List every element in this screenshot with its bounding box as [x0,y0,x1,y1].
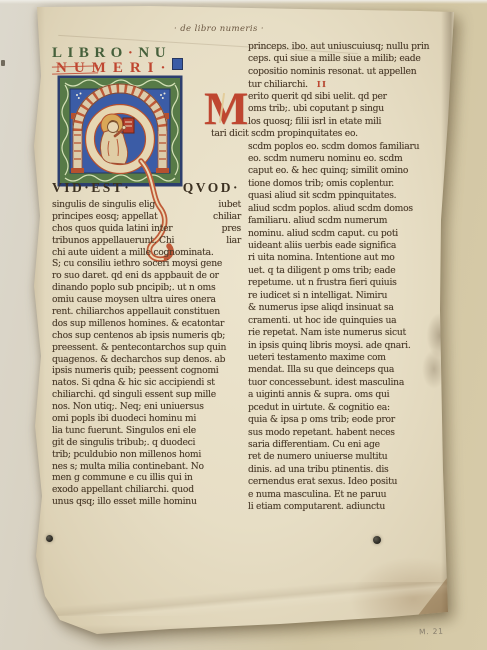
text-line-part: chos quos quida latini inter [52,223,172,235]
text-line-text: sus modo repetant. habent neces [248,427,395,438]
text-line: omiu cause moysen ultra uires onera [52,294,241,306]
text-line: trib; pculdubio non millenos homi [52,449,241,461]
text-line: eo. scdm numeru nominu eo. scdm [248,153,462,165]
text-line-text: in ipsis quinq libris moysi. ade qnari. [248,340,410,351]
text-line-text: tuor concessebunt. idest masculina [248,377,404,388]
text-line: quia & ipsa p oms trib; eode pror [248,414,462,426]
text-line: sus modo repetant. habent neces [248,427,462,439]
text-line-text: e numa masculina. Et ne paruu [248,489,386,500]
text-line: & numerus ipse aliqd insinuat sa [248,302,462,314]
text-line: ri uita nomina. Intentione aut mo [248,252,462,264]
text-line: scdm poplos eo. scdm domos familiaru [248,141,462,153]
text-line: aliud scdm poplos. aliud scdm domos [248,203,462,215]
display-caps-right: QVOD· [183,180,240,196]
text-line: dinis. ad una tribu ptinentis. dis [248,464,462,476]
text-line: e numa masculina. Et ne paruu [248,489,462,501]
right-column: M princeps. ibo. aut uniuscuiusq; nullu … [248,41,462,514]
text-line-text: quia & ipsa p oms trib; eode pror [248,414,395,425]
text-line-text: tione domos trib; omis coplentur. [248,178,394,189]
photo-stage: · de libro numeris · LIBRO·NU NUMERI· [0,0,487,650]
text-line-text: & numerus ipse aliqd insinuat sa [248,302,394,313]
text-line-text: familiaru. aliud scdm numerum [248,215,387,226]
text-line: quasi aliud sit scdm ppinquitates. [248,190,462,202]
manuscript-leaf: · de libro numeris · LIBRO·NU NUMERI· [28,4,456,644]
leaf-shadow: · de libro numeris · LIBRO·NU NUMERI· [0,0,487,650]
text-line: los quosq; filii isrl in etate mili [248,116,462,128]
paragraph-mark: II [317,79,327,89]
text-line: S; cu consiliu iethro soceri moysi gene [52,258,241,270]
text-line: princeps. ibo. aut uniuscuiusq; nullu pr… [248,41,462,53]
text-line-text: ret de numero uniuerse multitu [248,451,387,462]
text-line: dos sup millenos homines. & ecatontar [52,318,241,330]
text-line-text: uideant aliis uerbis eade significa [248,240,396,251]
text-line-text: aliud scdm poplos. aliud scdm domos [248,203,413,214]
text-line: ipsis numeris quib; peessent cognomi [52,365,241,377]
text-line-text: caput eo. & hec quinq; similit omino [248,165,408,176]
text-line-text: scdm poplos eo. scdm domos familiaru [248,141,419,152]
text-line-text: ceps. qui siue a mille siue a milib; ead… [248,53,421,64]
text-line-text: uet. q ta diligent p oms trib; eade [248,265,395,276]
drop-cap-m: M [204,87,248,131]
text-line-text: cernendus erat sexus. Ideo positu [248,476,397,487]
text-line: mendat. Illa su que deinceps qua [248,364,462,376]
heading-segment: LIBRO [52,45,128,61]
text-line: saria differentiam. Cu eni age [248,439,462,451]
text-line: omi popls ibi duodeci hominu mi [52,413,241,425]
text-line: ceps. qui siue a mille siue a milib; ead… [248,53,462,65]
text-line-split: chos quos quida latini interpres [52,223,241,235]
text-line: rent. chiliarchos appellauit constituen [52,306,241,318]
text-line-text: copositio nominis resonat. ut appellen [248,66,416,77]
text-line: chos sup centenos ab ipsis numeris qb; [52,330,241,342]
frame-corner-ornament [172,58,183,70]
text-line: nominu. aliud scdm caput. cu poti [248,228,462,240]
worm-hole-right [373,536,381,544]
text-line: exodo appellant chiliarchi. quod [52,484,241,496]
text-line-text: ri uita nomina. Intentione aut mo [248,252,395,263]
text-line-text: oms trib;. ubi coputant p singu [248,103,384,114]
text-line-text: pcedut in uirtute. & cognitio ea: [248,402,390,413]
text-line: ueteri testamento maxime com [248,352,462,364]
text-line: li etiam computarent. adiunctu [248,501,462,513]
heading-segment: NU [138,45,171,61]
text-line: tione domos trib; omis coplentur. [248,178,462,190]
text-line: in ipsis quinq libris moysi. ade qnari. [248,340,462,352]
text-line-part: iubet [218,199,241,211]
text-line: tuor concessebunt. idest masculina [248,377,462,389]
text-line: re iudicet si n intelligat. Nimiru [248,290,462,302]
text-line-text: mendat. Illa su que deinceps qua [248,364,394,375]
text-line-part: liar [226,235,241,247]
text-line: ro suo daret. qd eni ds appbauit de or [52,270,241,282]
text-line: tari dicit scdm propinquitates eo. [211,128,462,140]
text-line: preessent. & pentecontarchos sup quin [52,342,241,354]
text-line: ret de numero uniuerse multitu [248,451,462,463]
text-line: uet. q ta diligent p oms trib; eade [248,265,462,277]
numeri-strike-ornament [52,65,98,74]
text-line: copositio nominis resonat. ut appellen [248,66,462,78]
text-line-split: singulis de singulis eligiubet [52,199,241,211]
text-line: nos. Non utiq;. Neq; eni uniuersus [52,401,241,413]
running-header: · de libro numeris · [174,24,264,34]
worm-hole-left [46,535,53,542]
text-line-text: li etiam computarent. adiunctu [248,501,385,512]
text-line: unus qsq; illo esset mille hominu [52,496,241,508]
text-line-text: eo. scdm numeru nominu eo. scdm [248,153,402,164]
text-line: nes s; multa milia continebant. No [52,461,241,473]
text-line-part: pres [222,223,241,235]
text-line-text: repetume. ut n frustra fieri quiuis [248,277,397,288]
display-caps-left: VID·EST· [52,180,131,196]
text-line-text: nominu. aliud scdm caput. cu poti [248,228,398,239]
text-line: uideant aliis uerbis eade significa [248,240,462,252]
text-line-split: tribunos appellauerunt. Chiliar [52,235,241,247]
text-line-text: re iudicet si n intelligat. Nimiru [248,290,387,301]
text-line-text: ueteri testamento maxime com [248,352,386,363]
text-line-part: tribunos appellauerunt. Chi [52,235,174,247]
text-line-part: singulis de singulis elig [52,199,155,211]
text-line: dinando poplo sub pncipib;. ut n oms [52,282,241,294]
text-line-text: los quosq; filii isrl in etate mili [248,116,381,127]
text-line: natos. Si qdna & hic sic accipiendi st [52,377,241,389]
text-line: git de singulis tribub;. q duodeci [52,437,241,449]
text-line-text: quasi aliud sit scdm ppinquitates. [248,190,396,201]
text-line-text: dinis. ad una tribu ptinentis. dis [248,464,389,475]
text-line: erito querit qd sibi uelit. qd per [248,91,462,103]
text-line: quagenos. & decharchos sup denos. ab [52,354,241,366]
text-line-text: tur chiliarchi. [248,79,308,90]
text-line: pcedut in uirtute. & cognitio ea: [248,402,462,414]
text-line-part: chiliar [213,211,241,223]
text-line: tur chiliarchi.II [248,78,462,90]
shelfmark-pencil-note: M. 21 [419,627,444,637]
text-line: chiliarchi. qd singuli essent sup mille [52,389,241,401]
text-line: cramenti. ut hoc ide quinquies ua [248,315,462,327]
text-line: rie repetat. Nam iste numerus sicut [248,327,462,339]
text-line: caput eo. & hec quinq; similit omino [248,165,462,177]
text-line-text: cramenti. ut hoc ide quinquies ua [248,315,396,326]
text-line: cernendus erat sexus. Ideo positu [248,476,462,488]
text-line: repetume. ut n frustra fieri quiuis [248,277,462,289]
text-line-text: erito querit qd sibi uelit. qd per [248,91,387,102]
display-caps-row: VID·EST· QVOD· [52,180,240,196]
left-column: singulis de singulis eligiubetprincipes … [52,199,241,508]
text-line-text: a uiginti annis & supra. oms qui [248,389,389,400]
text-line: chi aute uident a mille cognominata. [52,247,241,259]
text-line-text: saria differentiam. Cu eni age [248,439,380,450]
text-line: men g commune e cu illis qui in [52,472,241,484]
text-line: lia tunc fuerunt. Singulos eni ele [52,425,241,437]
text-line: oms trib;. ubi coputant p singu [248,103,462,115]
text-line: familiaru. aliud scdm numerum [248,215,462,227]
text-line: a uiginti annis & supra. oms qui [248,389,462,401]
heading-segment: · [128,45,139,61]
text-line-text: princeps. ibo. aut uniuscuiusq; nullu pr… [248,41,429,52]
text-line-text: rie repetat. Nam iste numerus sicut [248,327,406,338]
text-line-part: principes eosq; appellat [52,211,157,223]
fold-crease [28,582,456,616]
text-line-split: principes eosq; appellatchiliar [52,211,241,223]
